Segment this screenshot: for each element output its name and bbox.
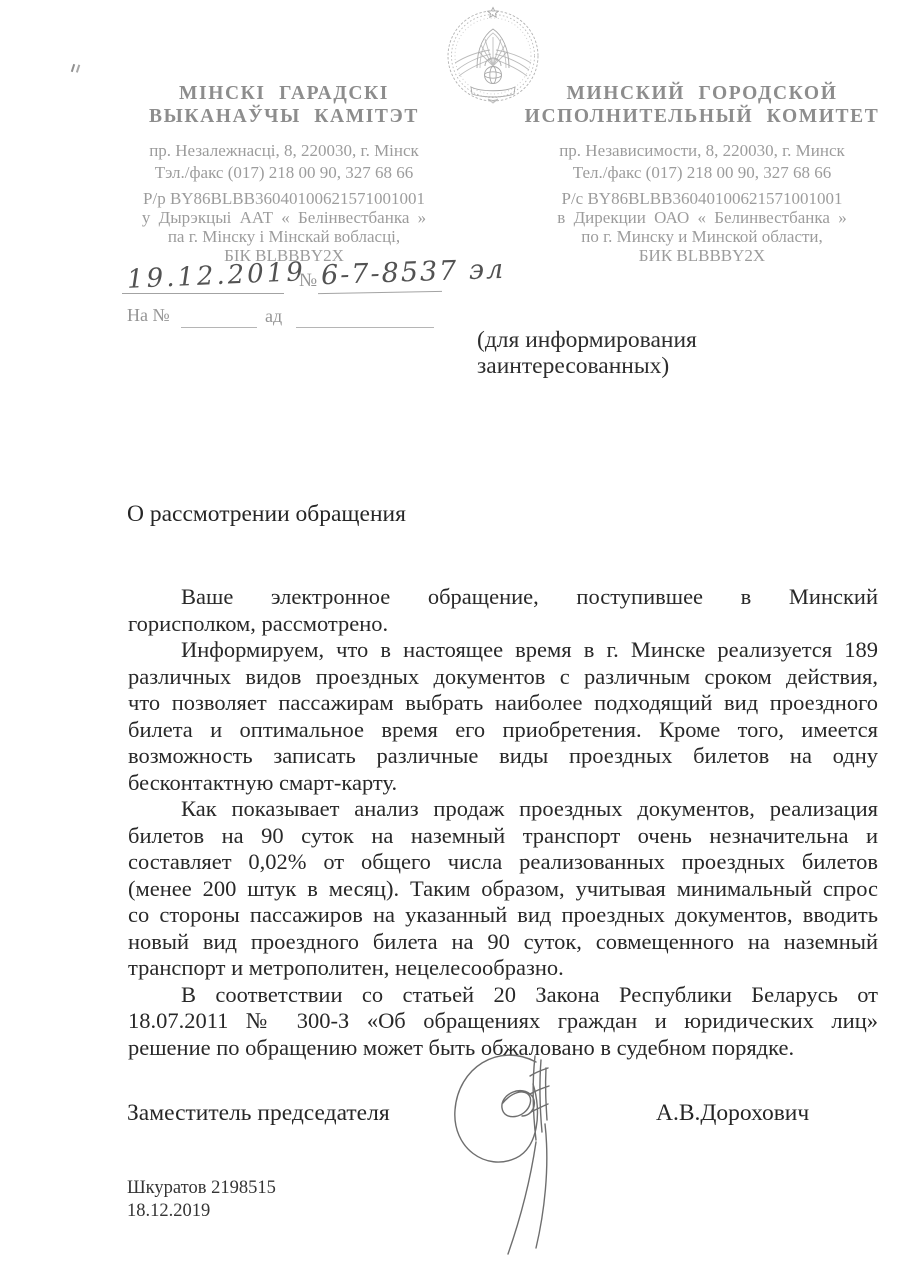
region-be: па г. Мінску і Мінскай вобласці, <box>88 227 480 246</box>
handwritten-number: 6-7-8537 эл <box>321 254 506 291</box>
letterhead-belarusian: МІНСКІ ГАРАДСКІ ВЫКАНАЎЧЫ КАМІТЭТ пр. Не… <box>88 82 480 265</box>
body-line: составляет 0,02% от общего числа реализо… <box>128 849 878 876</box>
document-page: МІНСКІ ГАРАДСКІ ВЫКАНАЎЧЫ КАМІТЭТ пр. Не… <box>0 0 908 1280</box>
number-underline <box>318 291 442 294</box>
body-line: со стороны пассажиров на указанный вид п… <box>128 902 878 929</box>
incoming-number-underline <box>181 327 257 328</box>
org-name-ru-line1: МИНСКИЙ ГОРОДСКОЙ <box>502 82 902 105</box>
account-ru: Р/с BY86BLBB36040100621571001001 <box>502 189 902 208</box>
phone-be: Тэл./факс (017) 218 00 90, 327 68 66 <box>88 162 480 184</box>
incoming-date-label: ад <box>265 306 282 327</box>
body-line: транспорт и метрополитен, нецелесообразн… <box>128 955 878 982</box>
org-name-be-line2: ВЫКАНАЎЧЫ КАМІТЭТ <box>88 105 480 128</box>
number-sign-label: № <box>299 270 317 292</box>
executor-name: Шкуратов 2198515 <box>127 1177 276 1200</box>
region-ru: по г. Минску и Минской области, <box>502 227 902 246</box>
body-line: В соответствии со статьей 20 Закона Респ… <box>128 982 878 1009</box>
date-underline <box>122 293 284 294</box>
signer-position: Заместитель председателя <box>127 1100 390 1127</box>
body-line: 18.07.2011 № 300-З «Об обращениях гражда… <box>128 1008 878 1035</box>
body-line: новый вид проездного билета на 90 суток,… <box>128 929 878 956</box>
address-be: пр. Незалежнасці, 8, 220030, г. Мінск <box>88 140 480 162</box>
recipient-note-line1: (для информирования <box>477 328 757 354</box>
org-name-ru-line2: ИСПОЛНИТЕЛЬНЫЙ КОМИТЕТ <box>502 105 902 128</box>
body-line: возможность записать различные виды прое… <box>128 743 878 770</box>
subject-line: О рассмотрении обращения <box>127 501 406 528</box>
body-line: (менее 200 штук в месяц). Таким образом,… <box>128 876 878 903</box>
signer-name: А.В.Дорохович <box>656 1100 809 1127</box>
handwritten-date: 19.12.2019 <box>126 257 306 295</box>
recipient-note: (для информирования заинтересованных) <box>477 328 757 379</box>
body-line: Информируем, что в настоящее время в г. … <box>128 637 878 664</box>
executor-date: 18.12.2019 <box>127 1200 276 1223</box>
body-line: билетов на 90 суток на наземный транспор… <box>128 823 878 850</box>
body-line: бесконтактную смарт-карту. <box>128 770 878 797</box>
address-ru: пр. Независимости, 8, 220030, г. Минск <box>502 140 902 162</box>
org-name-be-line1: МІНСКІ ГАРАДСКІ <box>88 82 480 105</box>
handwritten-signature <box>438 1042 588 1262</box>
body-line: Ваше электронное обращение, поступившее … <box>128 584 878 611</box>
incoming-date-underline <box>296 327 434 328</box>
body-text: Ваше электронное обращение, поступившее … <box>128 584 878 1061</box>
incoming-number-label: На № <box>127 305 170 326</box>
scan-speck <box>71 64 75 72</box>
account-be: Р/р BY86BLBB36040100621571001001 <box>88 189 480 208</box>
body-line: различных видов проездных документов с р… <box>128 664 878 691</box>
body-line: горисполком, рассмотрено. <box>128 611 878 638</box>
phone-ru: Тел./факс (017) 218 00 90, 327 68 66 <box>502 162 902 184</box>
letterhead-russian: МИНСКИЙ ГОРОДСКОЙ ИСПОЛНИТЕЛЬНЫЙ КОМИТЕТ… <box>502 82 902 265</box>
bank-be: у Дырэкцыі ААТ « Белінвестбанка » <box>88 208 480 227</box>
body-line: Как показывает анализ продаж проездных д… <box>128 796 878 823</box>
bik-ru: БИК BLBBBY2X <box>502 246 902 265</box>
executor-block: Шкуратов 2198515 18.12.2019 <box>127 1177 276 1223</box>
body-line: билета и оптимальное время его приобрете… <box>128 717 878 744</box>
recipient-note-line2: заинтересованных) <box>477 354 757 380</box>
body-line: что позволяет пассажирам выбрать наиболе… <box>128 690 878 717</box>
bank-ru: в Дирекции ОАО « Белинвестбанка » <box>502 208 902 227</box>
